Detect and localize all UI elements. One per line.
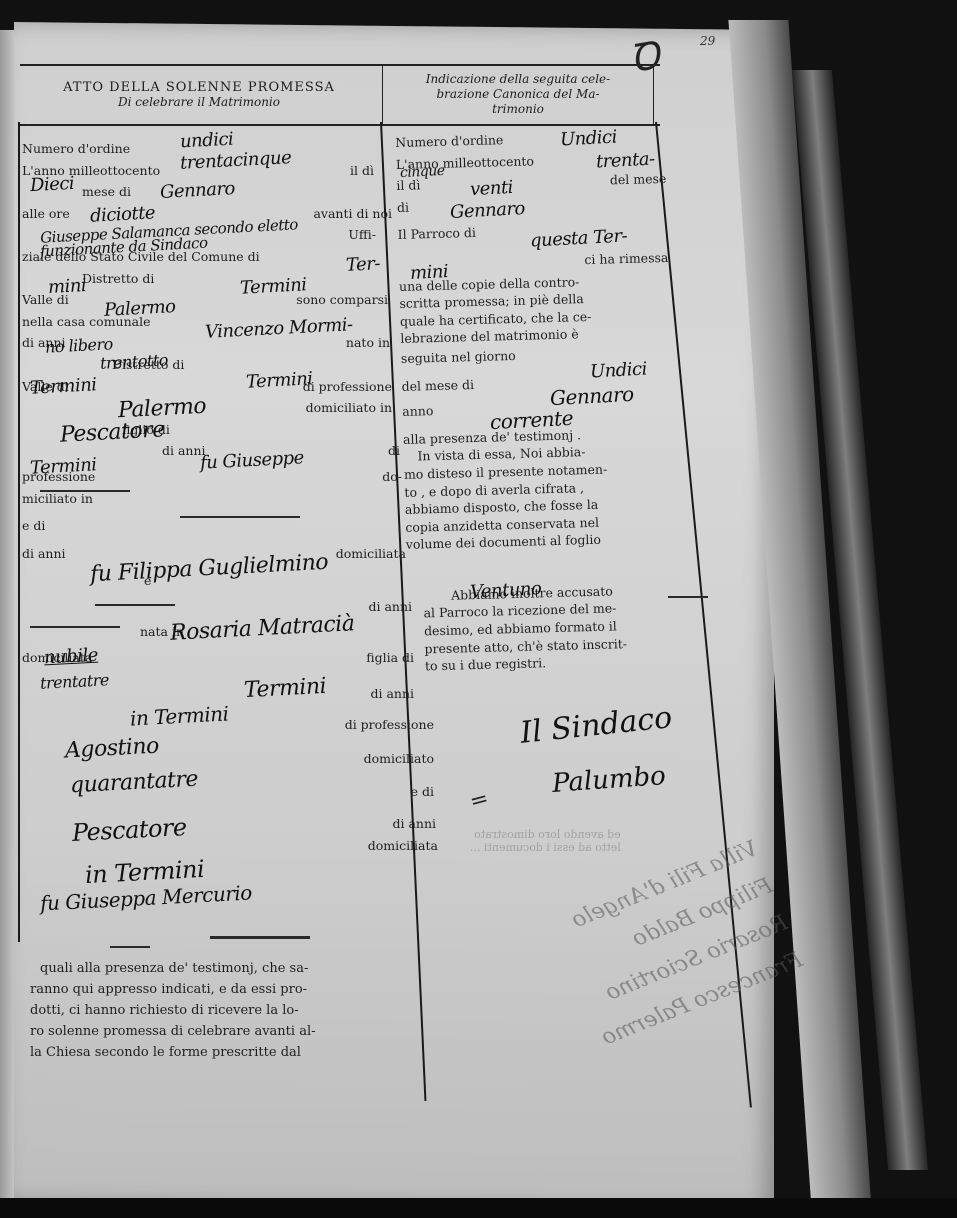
label: Numero d'ordine xyxy=(22,141,130,156)
blank-rule xyxy=(95,604,175,606)
hw-valle: Palermo xyxy=(103,296,175,321)
hw-r-mese: Gennaro xyxy=(450,198,526,223)
hw-r-parroco-2: mini xyxy=(409,261,448,284)
folio-number: 29 xyxy=(700,34,715,48)
hw-r-anno: trenta- xyxy=(595,148,655,172)
hw-nato-in: Termini xyxy=(29,374,97,398)
reverse-line: ed avendo loro dimostrato xyxy=(470,828,621,841)
label: di professione xyxy=(303,376,392,398)
table-surface xyxy=(0,1198,957,1218)
hw-r-foglio: Ventuno xyxy=(469,578,541,603)
label: avanti di noi xyxy=(313,203,392,225)
label: nato in xyxy=(346,332,390,354)
hw-r-numero: Undici xyxy=(559,127,617,151)
label: domiciliato in xyxy=(306,397,392,419)
label: seguita nel giorno xyxy=(401,348,516,366)
paragraph-line: ranno qui appresso indicati, e da essi p… xyxy=(30,979,460,1000)
label: domiciliata xyxy=(336,543,406,565)
hw-r-giorno: venti xyxy=(469,177,513,200)
label: to su i due registri. xyxy=(425,655,546,673)
label: del mese di xyxy=(401,377,474,394)
label: di xyxy=(397,199,409,214)
hw-stato-sposa: nubile xyxy=(43,645,98,669)
right-header-line: Indicazione della seguita cele- xyxy=(383,72,653,87)
hw-comune: Ter- xyxy=(345,253,380,276)
left-header: ATTO DELLA SOLENNE PROMESSA Di celebrare… xyxy=(20,66,378,124)
hw-mese: Gennaro xyxy=(160,178,236,203)
page-header: ATTO DELLA SOLENNE PROMESSA Di celebrare… xyxy=(20,64,660,126)
hw-padre-sposa: Agostino xyxy=(64,734,159,764)
label: alle ore xyxy=(22,206,70,221)
hw-domicilio-sposa: in Termini xyxy=(129,701,229,730)
hw-eta-sposa: trentatre xyxy=(40,670,110,693)
hw-eta-sposo: trentotto xyxy=(100,350,169,373)
label: del mese xyxy=(610,168,667,191)
blank-rule xyxy=(40,490,130,492)
label: miciliato in xyxy=(22,491,93,506)
right-header-line: brazione Canonica del Ma- xyxy=(383,87,653,102)
label: Uffi- xyxy=(348,224,376,246)
blank-rule xyxy=(110,946,150,948)
label: di xyxy=(388,440,400,462)
hw-nata-in: Termini xyxy=(243,674,326,703)
blank-rule xyxy=(30,626,120,628)
label: domiciliata xyxy=(368,835,438,857)
right-header: Indicazione della seguita cele- brazione… xyxy=(382,66,654,124)
label: di professione xyxy=(345,714,434,736)
label: di anni xyxy=(370,683,414,705)
label: volume dei documenti al foglio xyxy=(406,532,602,552)
reverse-print: ed avendo loro dimostrato letto ad essi … xyxy=(470,828,621,854)
hw-professione-padre: Pescatore xyxy=(71,813,187,847)
label: domiciliato xyxy=(364,748,434,770)
label: e di xyxy=(22,518,45,533)
label: mese di xyxy=(82,184,131,199)
paragraph-line: la Chiesa secondo le forme prescritte da… xyxy=(30,1042,460,1063)
bottom-paragraph: quali alla presenza de' testimonj, che s… xyxy=(30,958,460,1063)
right-header-line: trimonio xyxy=(383,102,653,117)
hw-r-anno-2: cinque xyxy=(400,163,445,181)
blank-rule xyxy=(180,516,300,518)
left-border xyxy=(18,122,20,942)
reverse-line: letto ad essi i documenti ... xyxy=(470,841,621,854)
label: il dì xyxy=(350,160,374,182)
label: sono comparsi xyxy=(296,289,388,311)
label: Il Parroco di xyxy=(397,225,476,242)
label: di anni xyxy=(392,813,436,835)
label: Distretto di xyxy=(82,271,154,286)
hw-domicilio-sposo: Termini xyxy=(29,454,97,478)
label: Numero d'ordine xyxy=(395,132,503,150)
label: figlia di xyxy=(366,647,414,669)
label: di anni xyxy=(368,596,412,618)
hw-r-giorno-celebrazione: Undici xyxy=(589,359,647,383)
paragraph-line: dotti, ci hanno richiesto di ricevere la… xyxy=(30,1000,460,1021)
hw-r-anno-celebrazione: corrente xyxy=(489,406,573,434)
label: e di xyxy=(411,781,434,803)
hw-distretto-sposo: Termini xyxy=(245,368,313,392)
blank-rule xyxy=(210,936,310,939)
label: ci ha rimessa xyxy=(584,247,669,271)
label: anno xyxy=(402,403,433,419)
hw-giorno: Dieci xyxy=(29,173,74,196)
blank-rule xyxy=(668,596,708,598)
hw-numero: undici xyxy=(179,129,233,153)
hw-comune-2: mini xyxy=(47,275,86,298)
paragraph-line: ro solenne promessa di celebrare avanti … xyxy=(30,1021,460,1042)
act-title: ATTO DELLA SOLENNE PROMESSA xyxy=(20,80,378,95)
paragraph-line: quali alla presenza de' testimonj, che s… xyxy=(30,958,460,979)
hw-distretto: Termini xyxy=(239,274,307,298)
act-subtitle: Di celebrare il Matrimonio xyxy=(20,95,378,109)
label: di anni xyxy=(22,546,66,561)
label: do- xyxy=(382,466,402,488)
